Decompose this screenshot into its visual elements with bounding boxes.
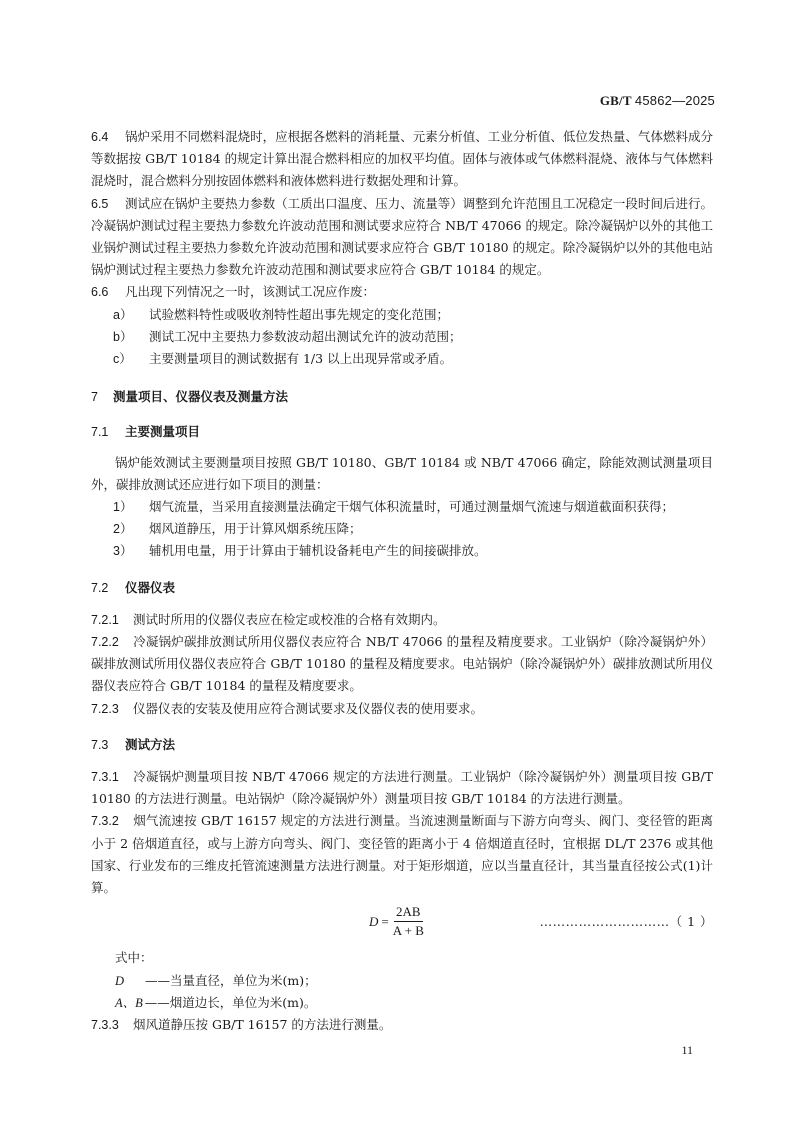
where-description: ——烟道边长，单位为米(m)。: [145, 995, 317, 1010]
page-number: 11: [681, 1043, 693, 1058]
clause-6-5: 6.5测试应在锅炉主要热力参数（工质出口温度、压力、流量等）调整到允许范围且工况…: [91, 193, 713, 282]
section-number: 7.2: [91, 577, 125, 599]
formula-denominator: A + B: [393, 922, 424, 940]
list-label: b）: [113, 326, 149, 348]
where-variable: D: [115, 970, 145, 992]
clause-text: 烟风道静压按 GB/T 16157 的方法进行测量。: [133, 1017, 391, 1032]
formula-fraction: 2AB A + B: [393, 903, 424, 940]
list-text: 辅机用电量，用于计算由于辅机设备耗电产生的间接碳排放。: [149, 543, 487, 558]
list-item: 3）辅机用电量，用于计算由于辅机设备耗电产生的间接碳排放。: [91, 540, 713, 562]
where-description: ——当量直径，单位为米(m)；: [145, 973, 317, 988]
section-number: 7.3: [91, 734, 125, 756]
formula-expression: D = 2AB A + B: [369, 903, 424, 940]
section-heading-7-3: 7.3测试方法: [91, 734, 713, 756]
section-number: 7.1: [91, 421, 125, 443]
where-item: D——当量直径，单位为米(m)；: [91, 970, 713, 992]
clause-text: 冷凝锅炉测量项目按 NB/T 47066 规定的方法进行测量。工业锅炉（除冷凝锅…: [91, 769, 713, 806]
list-label: 1）: [113, 496, 149, 518]
clause-7-3-3: 7.3.3烟风道静压按 GB/T 16157 的方法进行测量。: [91, 1014, 713, 1036]
formula-1: D = 2AB A + B …………………………（ 1 ）: [91, 901, 713, 947]
clause-number: 6.4: [91, 126, 125, 148]
clause-number: 7.3.3: [91, 1014, 133, 1036]
formula-number: …………………………（ 1 ）: [540, 911, 713, 933]
clause-number: 6.5: [91, 193, 125, 215]
clause-6-6: 6.6凡出现下列情况之一时，该测试工况应作废：: [91, 281, 713, 303]
document-page: GB/T 45862—2025 6.4锅炉采用不同燃料混烧时，应根据各燃料的消耗…: [0, 0, 800, 1131]
list-item: 2）烟风道静压，用于计算风烟系统压降；: [91, 518, 713, 540]
standard-number: 45862—2025: [635, 93, 715, 108]
chapter-heading-7: 7测量项目、仪器仪表及测量方法: [91, 386, 713, 408]
list-text: 主要测量项目的测试数据有 1/3 以上出现异常或矛盾。: [149, 351, 452, 366]
section-heading-7-2: 7.2仪器仪表: [91, 577, 713, 599]
section-title: 仪器仪表: [125, 580, 175, 595]
clause-number: 7.2.3: [91, 698, 133, 720]
clause-text: 测试应在锅炉主要热力参数（工质出口温度、压力、流量等）调整到允许范围且工况稳定一…: [91, 196, 713, 278]
list-label: c）: [113, 348, 149, 370]
list-item: a）试验燃料特性或吸收剂特性超出事先规定的变化范围；: [91, 304, 713, 326]
clause-text: 锅炉采用不同燃料混烧时，应根据各燃料的消耗量、元素分析值、工业分析值、低位发热量…: [91, 129, 713, 188]
clause-7-3-1: 7.3.1冷凝锅炉测量项目按 NB/T 47066 规定的方法进行测量。工业锅炉…: [91, 766, 713, 810]
list-item: b）测试工况中主要热力参数波动超出测试允许的波动范围；: [91, 326, 713, 348]
section-7-1-text: 锅炉能效测试主要测量项目按照 GB/T 10180、GB/T 10184 或 N…: [91, 452, 713, 496]
list-text: 烟风道静压，用于计算风烟系统压降；: [149, 521, 362, 536]
clause-7-2-2: 7.2.2冷凝锅炉碳排放测试所用仪器仪表应符合 NB/T 47066 的量程及精…: [91, 631, 713, 698]
list-item: 1）烟气流量，当采用直接测量法确定干烟气体积流量时，可通过测量烟气流速与烟道截面…: [91, 496, 713, 518]
clause-number: 6.6: [91, 281, 125, 303]
clause-number: 7.2.1: [91, 609, 133, 631]
clause-6-4: 6.4锅炉采用不同燃料混烧时，应根据各燃料的消耗量、元素分析值、工业分析值、低位…: [91, 126, 713, 193]
section-title: 测试方法: [125, 737, 175, 752]
chapter-title: 测量项目、仪器仪表及测量方法: [113, 389, 288, 404]
where-label: 式中：: [91, 947, 713, 969]
clause-text: 仪器仪表的安装及使用应符合测试要求及仪器仪表的使用要求。: [133, 701, 483, 716]
clause-text: 烟气流速按 GB/T 16157 规定的方法进行测量。当流速测量断面与下游方向弯…: [91, 813, 713, 895]
section-heading-7-1: 7.1主要测量项目: [91, 421, 713, 443]
list-label: 3）: [113, 540, 149, 562]
standard-prefix: GB/T: [600, 93, 632, 108]
list-label: 2）: [113, 518, 149, 540]
formula-lhs: D: [369, 911, 378, 933]
chapter-number: 7: [91, 386, 113, 408]
section-title: 主要测量项目: [125, 424, 200, 439]
list-label: a）: [113, 304, 149, 326]
document-body: 6.4锅炉采用不同燃料混烧时，应根据各燃料的消耗量、元素分析值、工业分析值、低位…: [91, 126, 713, 1036]
clause-number: 7.3.1: [91, 766, 133, 788]
list-text: 测试工况中主要热力参数波动超出测试允许的波动范围；: [149, 329, 462, 344]
clause-number: 7.2.2: [91, 631, 133, 653]
standard-header: GB/T 45862—2025: [600, 93, 715, 109]
where-variable: A、B: [115, 992, 143, 1014]
formula-numerator: 2AB: [394, 903, 423, 922]
clause-7-3-2: 7.3.2烟气流速按 GB/T 16157 规定的方法进行测量。当流速测量断面与…: [91, 810, 713, 899]
clause-text: 测试时所用的仪器仪表应在检定或校准的合格有效期内。: [133, 612, 446, 627]
formula-equals: =: [381, 911, 388, 933]
clause-text: 冷凝锅炉碳排放测试所用仪器仪表应符合 NB/T 47066 的量程及精度要求。工…: [91, 634, 713, 693]
list-text: 试验燃料特性或吸收剂特性超出事先规定的变化范围；: [149, 307, 449, 322]
clause-7-2-1: 7.2.1测试时所用的仪器仪表应在检定或校准的合格有效期内。: [91, 609, 713, 631]
list-text: 烟气流量，当采用直接测量法确定干烟气体积流量时，可通过测量烟气流速与烟道截面积获…: [149, 499, 674, 514]
clause-7-2-3: 7.2.3仪器仪表的安装及使用应符合测试要求及仪器仪表的使用要求。: [91, 698, 713, 720]
list-item: c）主要测量项目的测试数据有 1/3 以上出现异常或矛盾。: [91, 348, 713, 370]
clause-text: 凡出现下列情况之一时，该测试工况应作废：: [125, 284, 375, 299]
where-item: A、B——烟道边长，单位为米(m)。: [91, 992, 713, 1014]
clause-number: 7.3.2: [91, 810, 133, 832]
